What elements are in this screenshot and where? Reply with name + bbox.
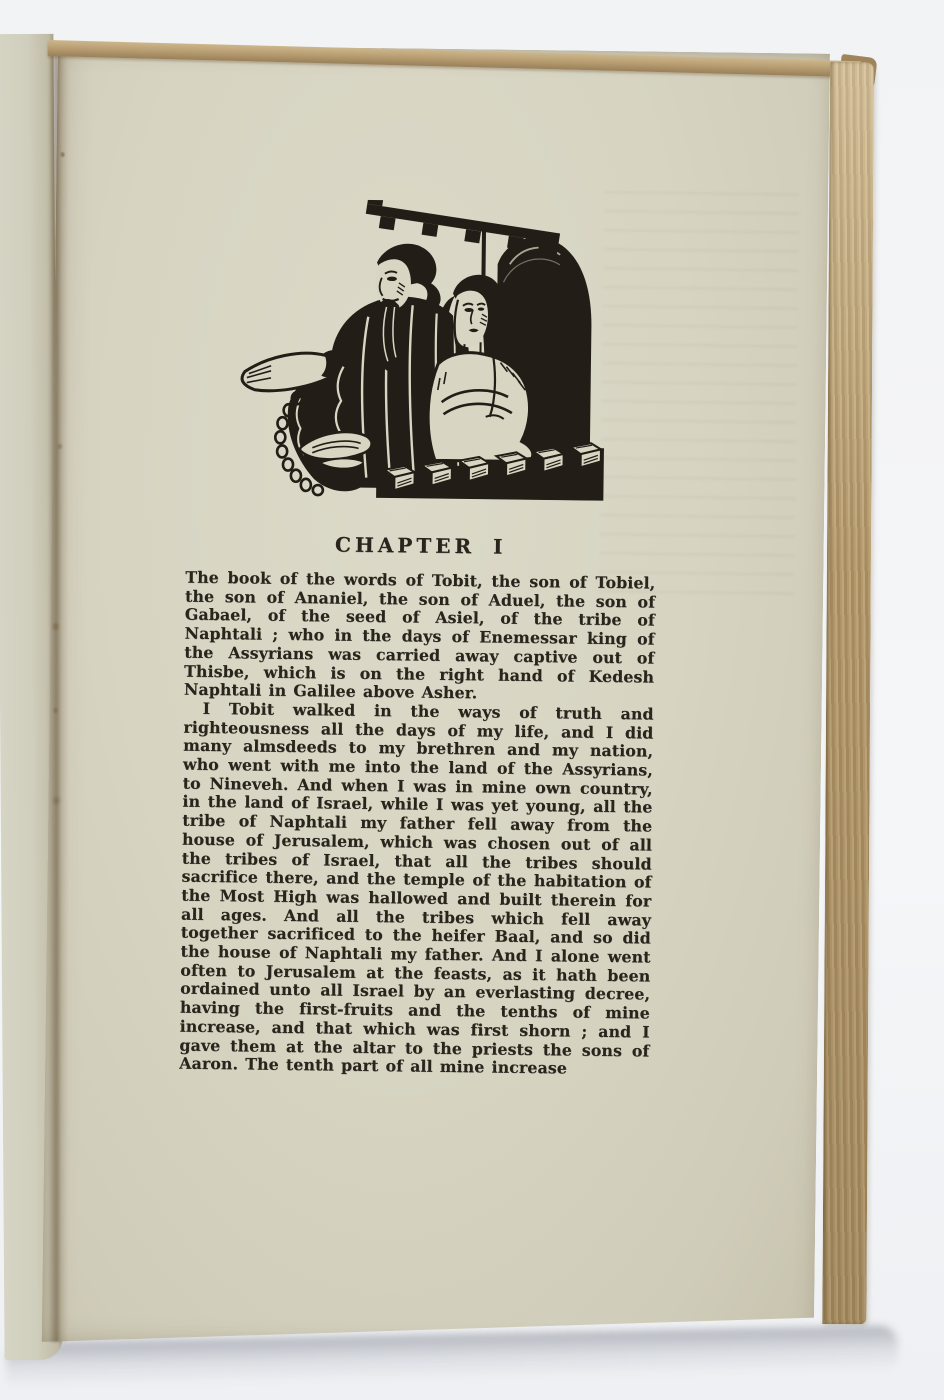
chapter-heading: CHAPTER I bbox=[186, 532, 656, 560]
gutter-shadow bbox=[48, 44, 68, 1342]
book-page: CHAPTER I The book of the words of Tobit… bbox=[42, 44, 830, 1352]
book-photograph: CHAPTER I The book of the words of Tobit… bbox=[0, 0, 944, 1400]
woodcut-illustration bbox=[237, 198, 607, 501]
fore-edge bbox=[822, 62, 874, 1324]
text-column: CHAPTER I The book of the words of Tobit… bbox=[179, 532, 656, 1080]
paragraph-opening: The book of the words of Tobit, the son … bbox=[184, 569, 656, 706]
paragraph-tobit-narrative: I Tobit walked in the ways of truth and … bbox=[179, 700, 654, 1080]
